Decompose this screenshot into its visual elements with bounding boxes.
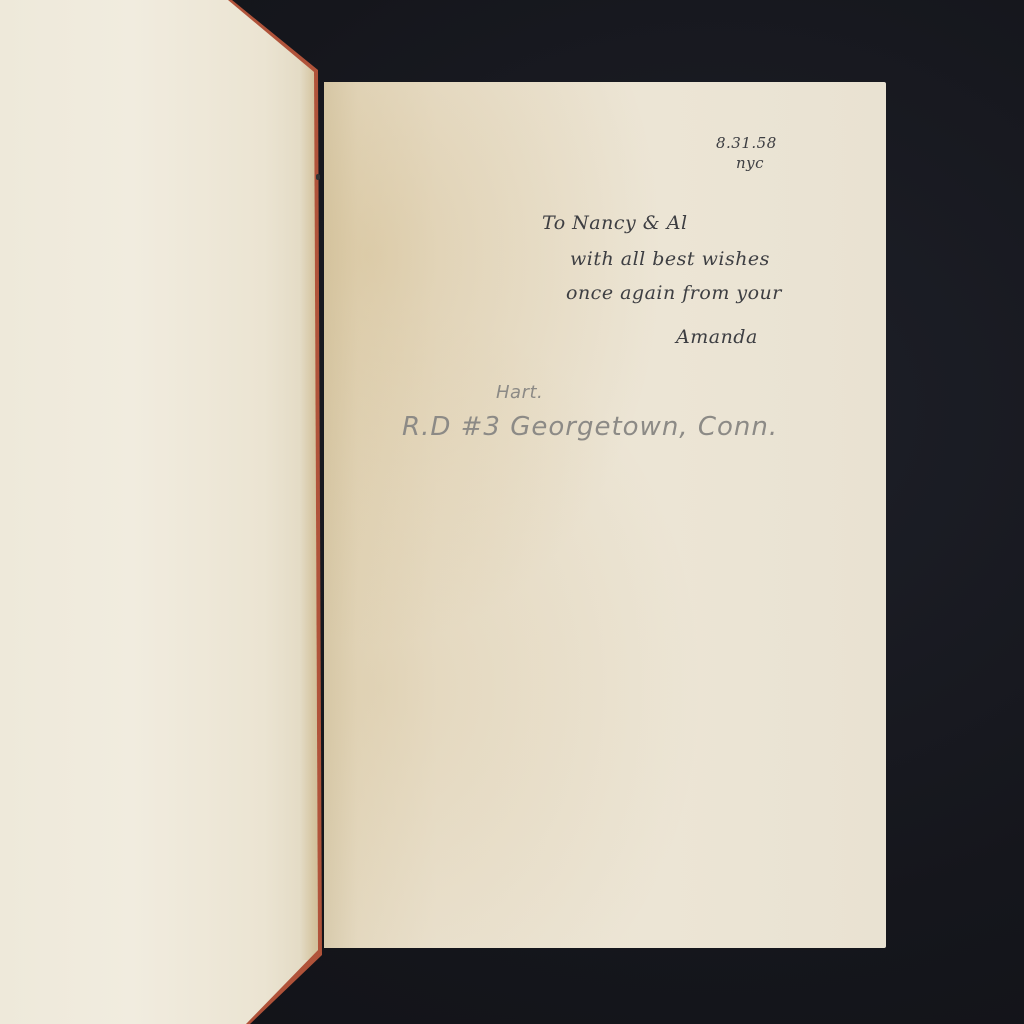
pencil-superscript: Hart.: [496, 382, 543, 403]
left-endpaper: [0, 0, 330, 1024]
book-photo: 8.31.58 nyc To Nancy & Al with all best …: [0, 0, 1024, 1024]
inscription-line: To Nancy & Al: [542, 212, 688, 234]
inscription-signature: Amanda: [676, 326, 758, 348]
inscription-place: nyc: [736, 154, 764, 172]
inscription-line: with all best wishes: [570, 248, 770, 270]
pencil-address: R.D #3 Georgetown, Conn.: [402, 412, 778, 442]
inscription-date: 8.31.58: [716, 134, 777, 152]
binding-mark: [316, 174, 320, 180]
right-endpaper: 8.31.58 nyc To Nancy & Al with all best …: [324, 82, 886, 948]
inscription-line: once again from your: [566, 282, 782, 304]
